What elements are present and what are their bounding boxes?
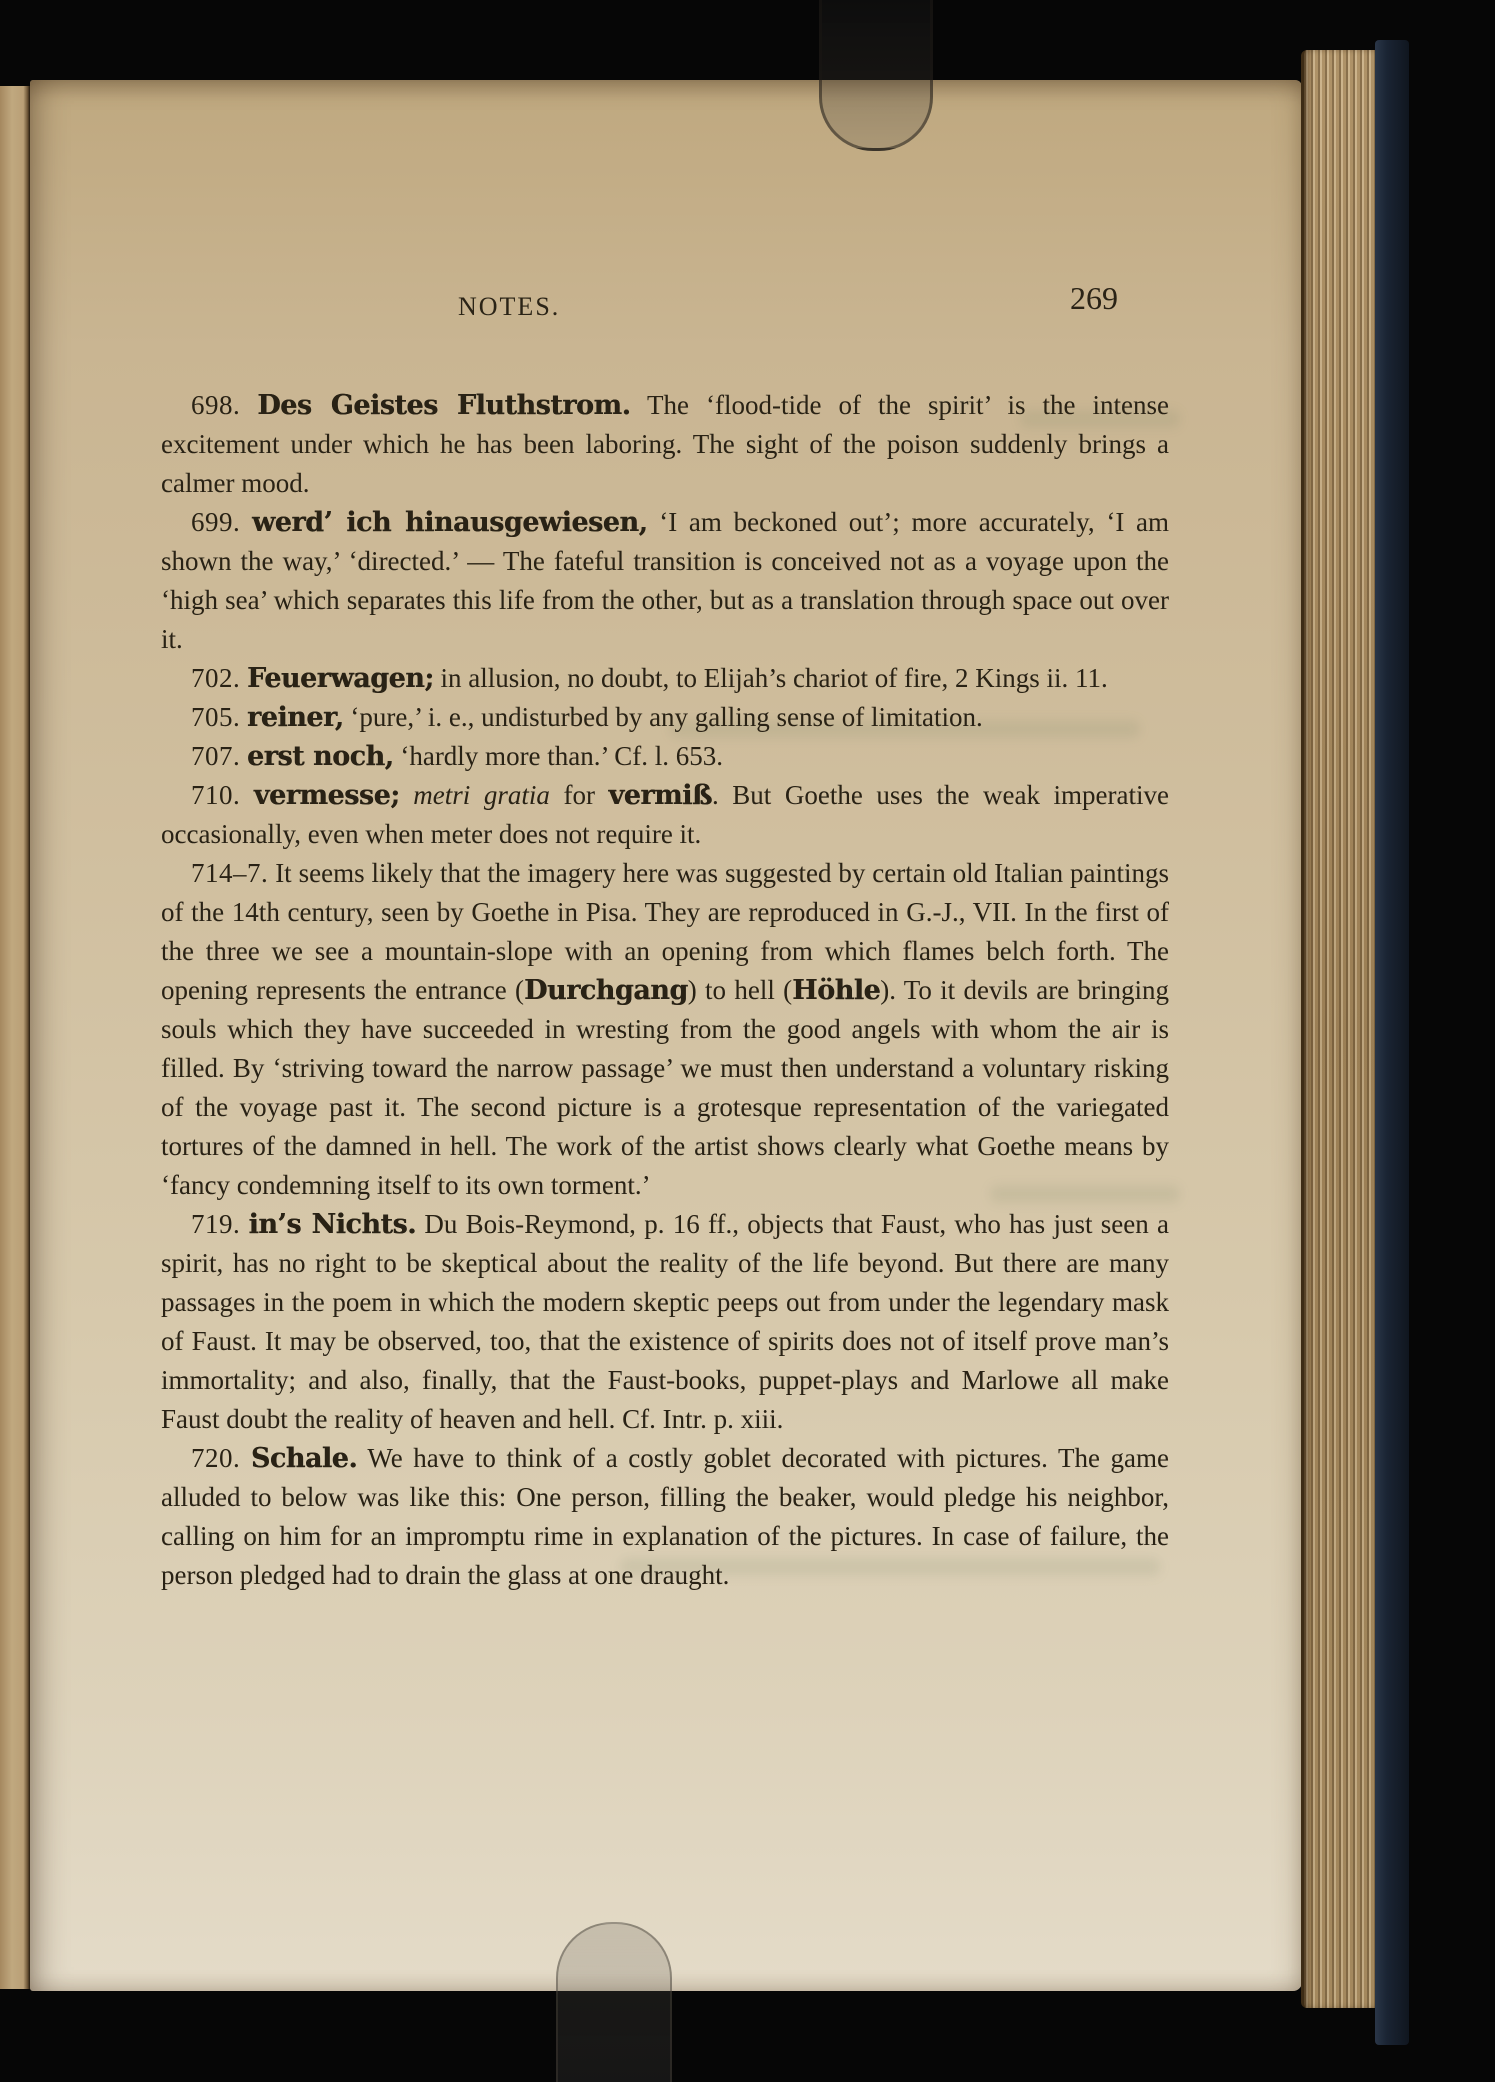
book-cover-edge <box>1375 40 1409 2045</box>
adjacent-page-edge <box>0 86 30 1989</box>
note-720: 720. Schale. We have to think of a costl… <box>161 1439 1169 1595</box>
note-number: 720. <box>191 1443 240 1473</box>
note-719: 719. in’s Nichts. Du Bois-Reymond, p. 16… <box>161 1205 1169 1439</box>
note-german-word: Durchgang <box>524 975 688 1006</box>
note-lemma-german: Feuerwagen; <box>247 663 434 694</box>
page-number: 269 <box>1070 280 1118 317</box>
note-number: 714–7. <box>191 858 268 888</box>
page-holder-clip-bottom <box>556 1922 672 2082</box>
stacked-page-edges <box>1301 50 1378 2008</box>
page-holder-clip-top <box>819 0 933 151</box>
note-number: 705. <box>191 702 240 732</box>
book-scan: NOTES. 269 698. Des Geistes Fluthstrom. … <box>0 0 1495 2082</box>
note-lemma-german: reiner, <box>247 702 344 733</box>
note-german-word: Höhle <box>792 975 880 1006</box>
note-body: ) to hell ( <box>688 975 792 1005</box>
note-number: 710. <box>191 780 240 810</box>
note-number: 698. <box>191 390 240 420</box>
note-714-7: 714–7. It seems likely that the imagery … <box>161 854 1169 1205</box>
note-705: 705. reiner, ‘pure,’ i. e., undisturbed … <box>161 698 1169 737</box>
running-title: NOTES. <box>458 292 560 322</box>
note-body: ‘pure,’ i. e., undisturbed by any gallin… <box>350 702 982 732</box>
note-699: 699. werd’ ich hinausgewiesen, ‘I am bec… <box>161 503 1169 659</box>
note-lemma-german: Schale. <box>251 1443 357 1474</box>
note-latin-phrase: metri gratia <box>413 780 550 810</box>
note-number: 702. <box>191 663 240 693</box>
note-number: 719. <box>191 1209 240 1239</box>
notes-text-block: 698. Des Geistes Fluthstrom. The ‘flood-… <box>161 386 1169 1595</box>
note-707: 707. erst noch, ‘hardly more than.’ Cf. … <box>161 737 1169 776</box>
book-page: NOTES. 269 698. Des Geistes Fluthstrom. … <box>30 80 1302 1991</box>
note-number: 707. <box>191 741 240 771</box>
note-number: 699. <box>191 507 240 537</box>
note-710: 710. vermesse; metri gratia for vermiß. … <box>161 776 1169 854</box>
note-body: ). To it devils are bringing souls which… <box>161 975 1169 1200</box>
note-702: 702. Feuerwagen; in allusion, no doubt, … <box>161 659 1169 698</box>
note-german-word: vermiß <box>609 780 712 811</box>
note-body: for <box>563 780 594 810</box>
note-lemma-german: erst noch, <box>247 741 394 772</box>
note-lemma-german: in’s Nichts. <box>249 1209 417 1240</box>
note-body: in allusion, no doubt, to Elijah’s chari… <box>441 663 1108 693</box>
note-lemma-german: Des Geistes Fluthstrom. <box>257 390 630 421</box>
note-body: Du Bois-Reymond, p. 16 ff., objects that… <box>161 1209 1169 1434</box>
note-lemma-german: werd’ ich hinausgewiesen, <box>252 507 647 538</box>
note-lemma-german: vermesse; <box>254 780 400 811</box>
note-body: ‘hardly more than.’ Cf. l. 653. <box>400 741 723 771</box>
note-698: 698. Des Geistes Fluthstrom. The ‘flood-… <box>161 386 1169 503</box>
